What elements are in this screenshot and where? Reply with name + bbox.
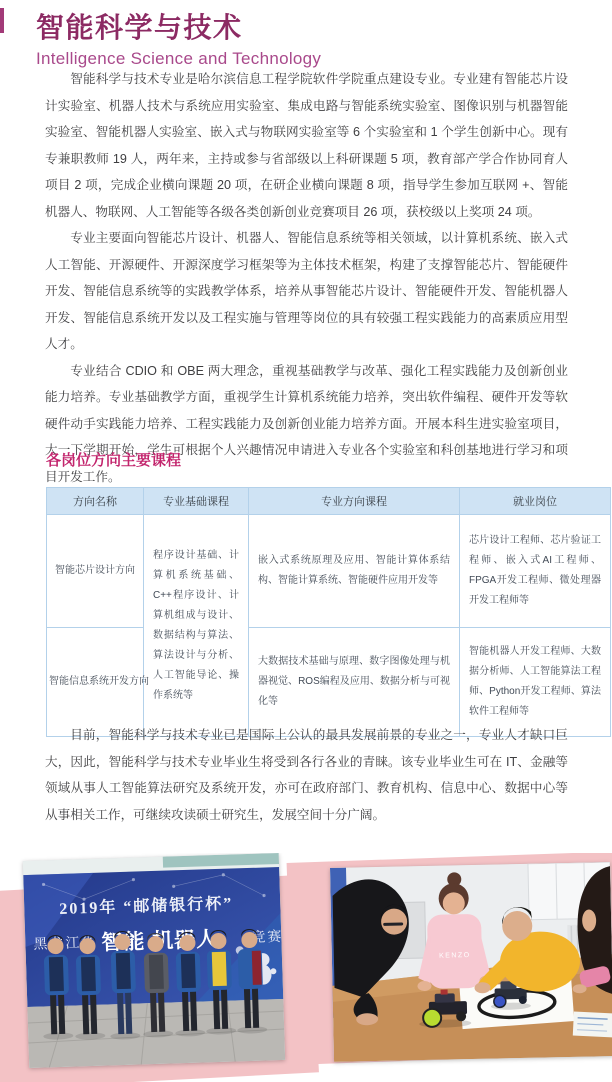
robotics-lab-photo: KENZO — [330, 862, 612, 1062]
table-row: 智能信息系统开发方向 大数据技术基础与原理、数字图像处理与机器视觉、ROS编程及… — [47, 628, 611, 737]
photo-strip: 2019年 “邮储银行杯” 黑龙江省 智能 机器人 竞赛 — [0, 853, 612, 1082]
cell-basic-courses: 程序设计基础、计算机系统基础、C++程序设计、计算机组成与设计、数据结构与算法、… — [144, 515, 249, 737]
cell-direction-chip: 智能芯片设计方向 — [47, 515, 144, 628]
page-title: 智能科学与技术 — [36, 6, 321, 46]
lab-photo-scene: KENZO — [330, 862, 612, 1062]
cell-jobs-infosys: 智能机器人开发工程师、大数据分析师、人工智能算法工程师、Python开发工程师、… — [460, 628, 611, 737]
outlook-section: 目前，智能科学与技术专业已是国际上公认的最具发展前景的专业之一，专业人才缺口巨大… — [45, 722, 568, 828]
spec-sheets — [573, 1012, 612, 1038]
brochure-page: 智能科学与技术 Intelligence Science and Technol… — [0, 0, 612, 1082]
competition-group-photo: 2019年 “邮储银行杯” 黑龙江省 智能 机器人 竞赛 — [23, 853, 285, 1068]
intro-section: 智能科学与技术专业是哈尔滨信息工程学院软件学院重点建设专业。专业建有智能芯片设计… — [45, 66, 568, 490]
col-header-direction: 方向名称 — [47, 488, 144, 515]
outlook-paragraph: 目前，智能科学与技术专业已是国际上公认的最具发展前景的专业之一，专业人才缺口巨大… — [45, 722, 568, 828]
intro-paragraph-1: 智能科学与技术专业是哈尔滨信息工程学院软件学院重点建设专业。专业建有智能芯片设计… — [45, 66, 568, 225]
courses-section-heading: 各岗位方向主要课程 — [46, 449, 181, 470]
cell-direction-infosys: 智能信息系统开发方向 — [47, 628, 144, 737]
cell-jobs-chip: 芯片设计工程师、芯片验证工程师、嵌入式AI工程师、FPGA开发工程师、微处理器开… — [460, 515, 611, 628]
courses-table: 方向名称 专业基础课程 专业方向课程 就业岗位 智能芯片设计方向 程序设计基础、… — [46, 487, 611, 737]
cell-direction-courses-infosys: 大数据技术基础与原理、数字图像处理与机器视觉、ROS编程及应用、数据分析与可视化… — [249, 628, 460, 737]
intro-paragraph-3: 专业结合 CDIO 和 OBE 两大理念，重视基础教学与改革、强化工程实践能力及… — [45, 358, 568, 491]
table-row: 智能芯片设计方向 程序设计基础、计算机系统基础、C++程序设计、计算机组成与设计… — [47, 515, 611, 628]
intro-paragraph-2: 专业主要面向智能芯片设计、机器人、智能信息系统等相关领域，以计算机系统、嵌入式人… — [45, 225, 568, 358]
col-header-jobs: 就业岗位 — [460, 488, 611, 515]
col-header-basic-courses: 专业基础课程 — [144, 488, 249, 515]
page-header: 智能科学与技术 Intelligence Science and Technol… — [36, 6, 321, 69]
table-header-row: 方向名称 专业基础课程 专业方向课程 就业岗位 — [47, 488, 611, 515]
cell-direction-courses-chip: 嵌入式系统原理及应用、智能计算体系结构、智能计算系统、智能硬件应用开发等 — [249, 515, 460, 628]
hoodie-logo-text: KENZO — [439, 952, 471, 960]
competition-photo-scene: 2019年 “邮储银行杯” 黑龙江省 智能 机器人 竞赛 — [23, 853, 285, 1068]
col-header-direction-courses: 专业方向课程 — [249, 488, 460, 515]
page-edge-mark — [0, 8, 4, 33]
